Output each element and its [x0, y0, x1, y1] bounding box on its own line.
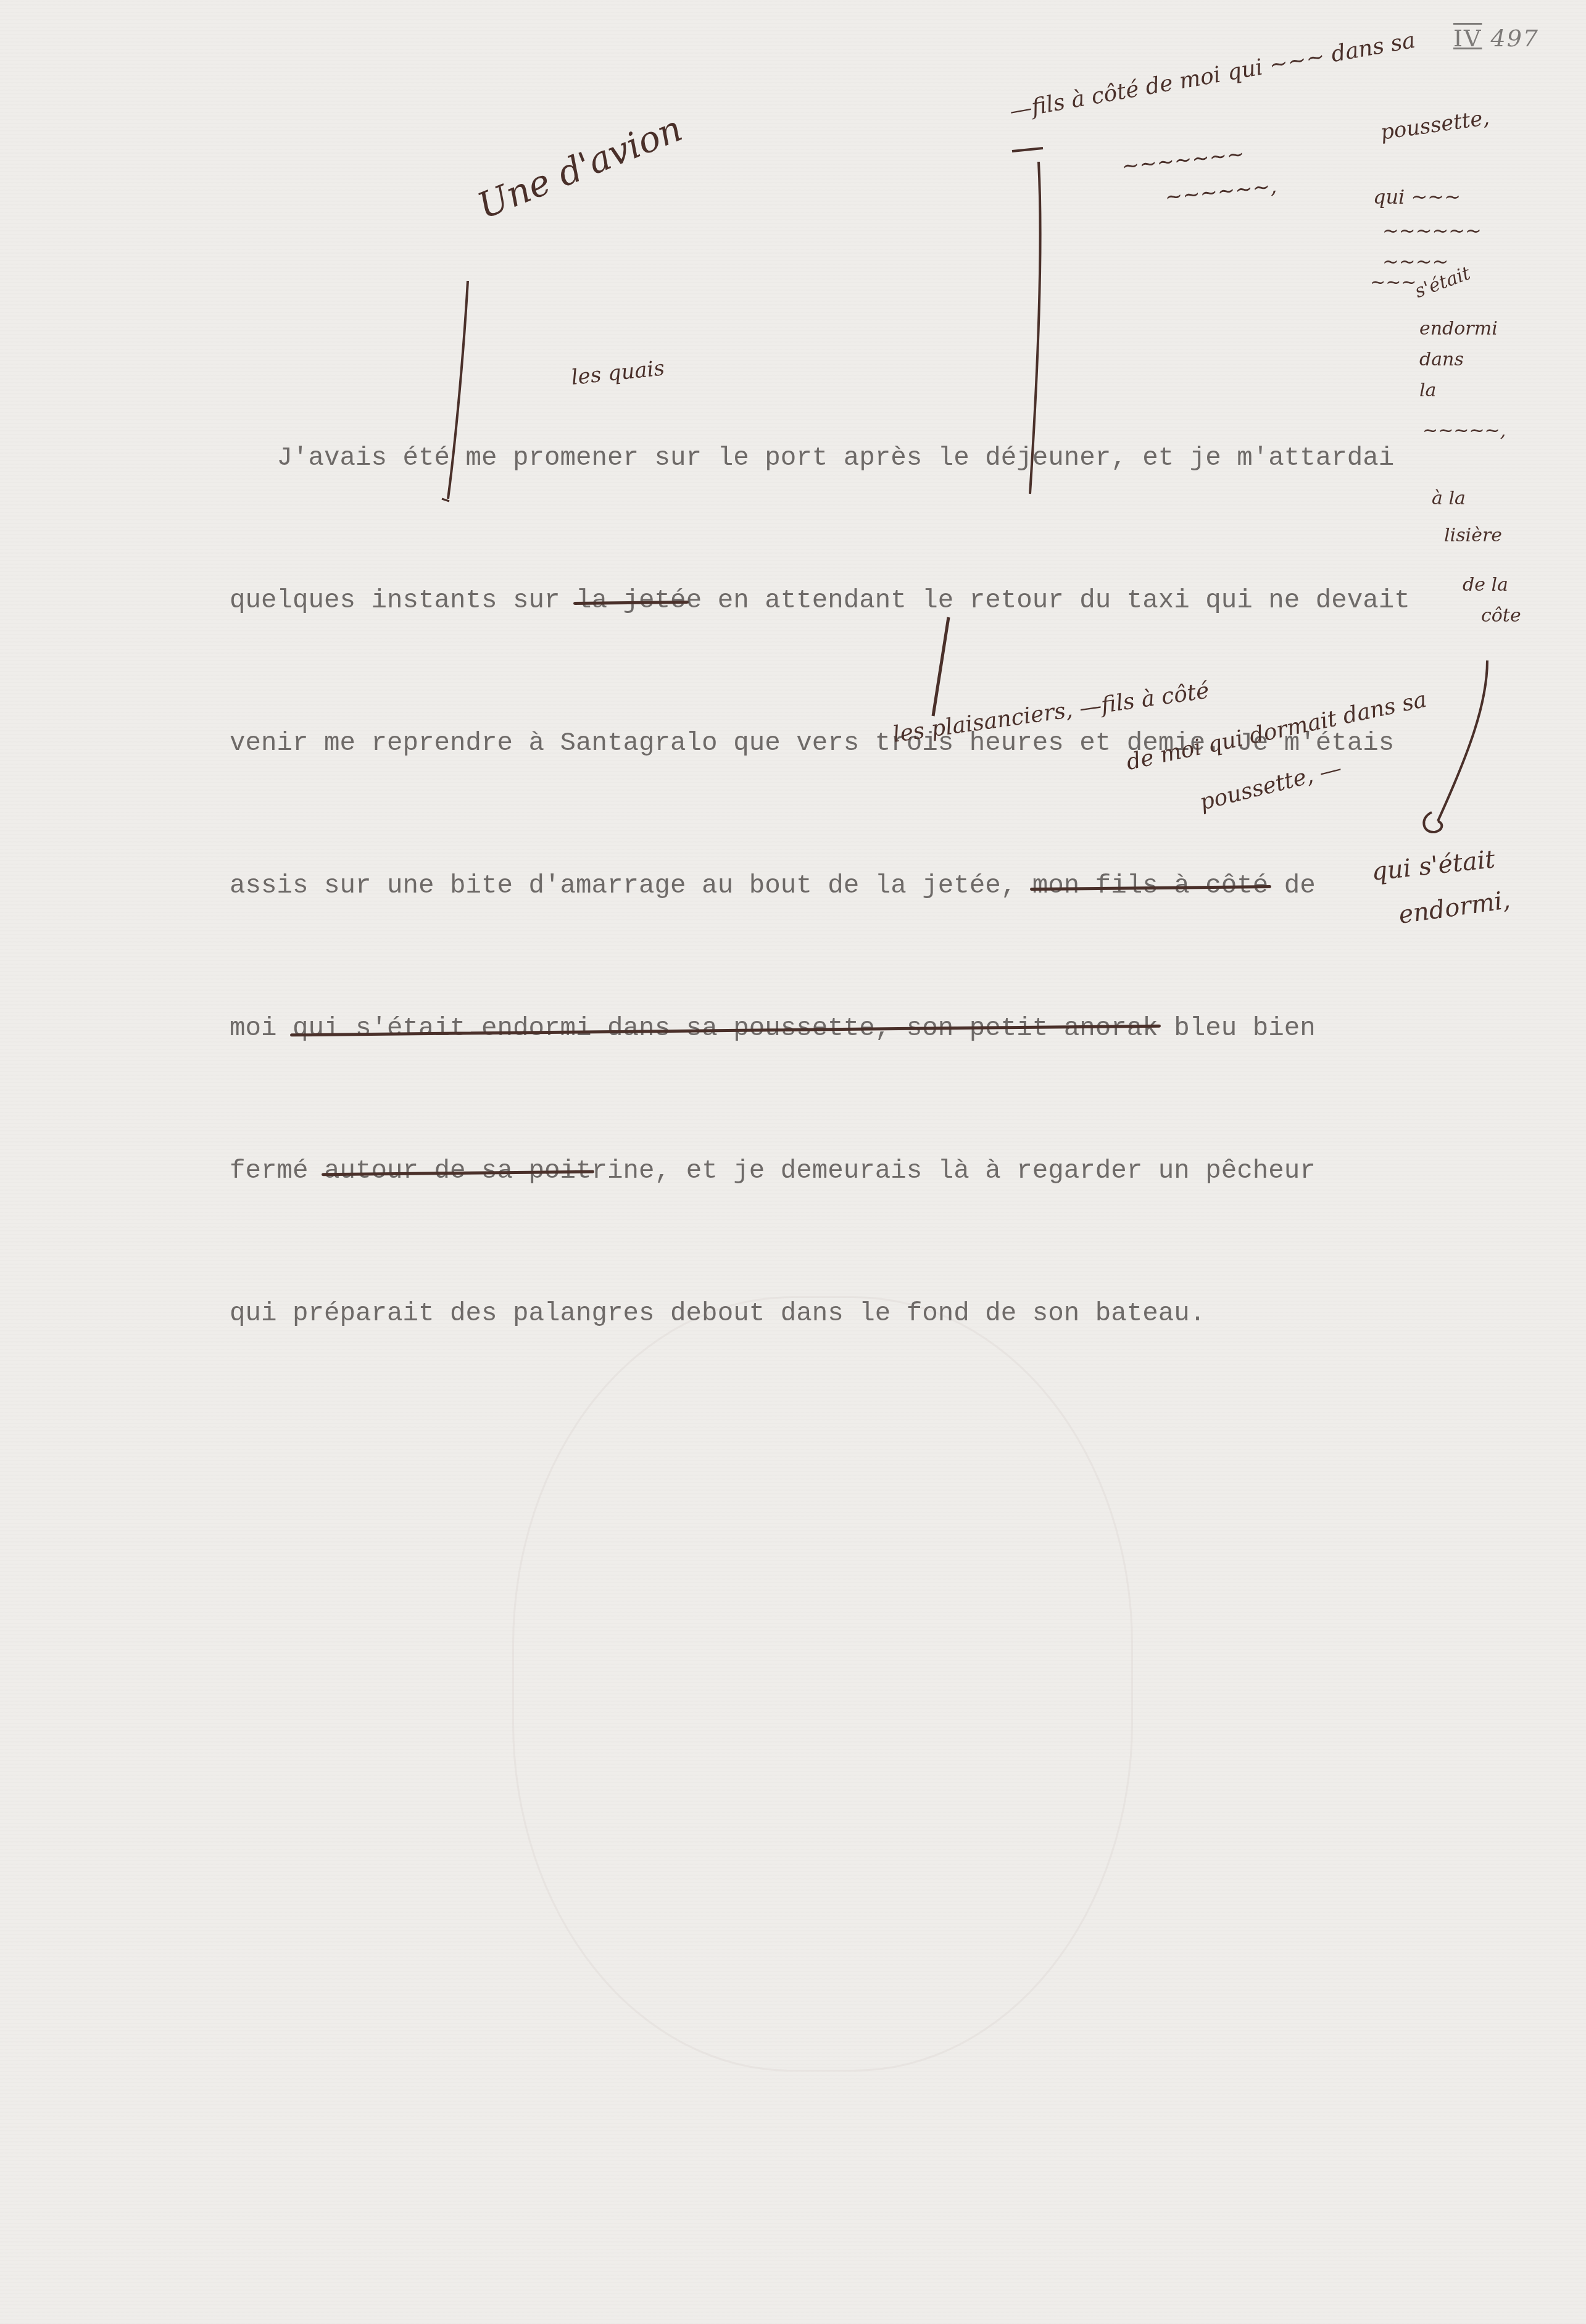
- typed-line-6: fermé autour de sa poitrine, et je demeu…: [230, 1147, 1402, 1195]
- top-right-note-1: —fils à côté de moi qui ~~~ dans sa: [1008, 28, 1418, 124]
- typescript-paragraph: J'avais été me promener sur le port aprè…: [230, 339, 1402, 1433]
- folio-volume: IV: [1453, 25, 1482, 52]
- left-margin-note: Une d'avion: [472, 107, 688, 227]
- arrow-right-column: [1438, 660, 1487, 821]
- typed-line-4: assis sur une bite d'amarrage au bout de…: [230, 862, 1402, 910]
- typed-line-7: qui préparait des palangres debout dans …: [230, 1290, 1402, 1338]
- struck-text: qui s'était endormi dans sa poussette, s…: [293, 1014, 1158, 1043]
- folio-page: 497: [1490, 25, 1539, 52]
- typed-line-5: moi qui s'était endormi dans sa poussett…: [230, 1005, 1402, 1052]
- manuscript-page: IV497 J'avais été me promener sur le por…: [0, 0, 1586, 2324]
- caret-top: [1012, 148, 1043, 151]
- struck-text: autour de sa poit: [324, 1156, 592, 1186]
- folio-number: IV497: [1453, 25, 1539, 52]
- typed-line-2: quelques instants sur la jetée en attend…: [230, 577, 1402, 625]
- struck-text: mon fils à côté: [1032, 871, 1269, 901]
- top-right-note-2: ~~~~~~~: [1121, 141, 1246, 179]
- bottom-right-note-2: endormi,: [1397, 886, 1512, 930]
- typed-line-1: J'avais été me promener sur le port aprè…: [230, 435, 1402, 482]
- struck-text: la jeté: [576, 586, 686, 615]
- arrow-head-icon: [1424, 812, 1442, 832]
- top-right-note-3: ~~~~~~,: [1164, 173, 1278, 210]
